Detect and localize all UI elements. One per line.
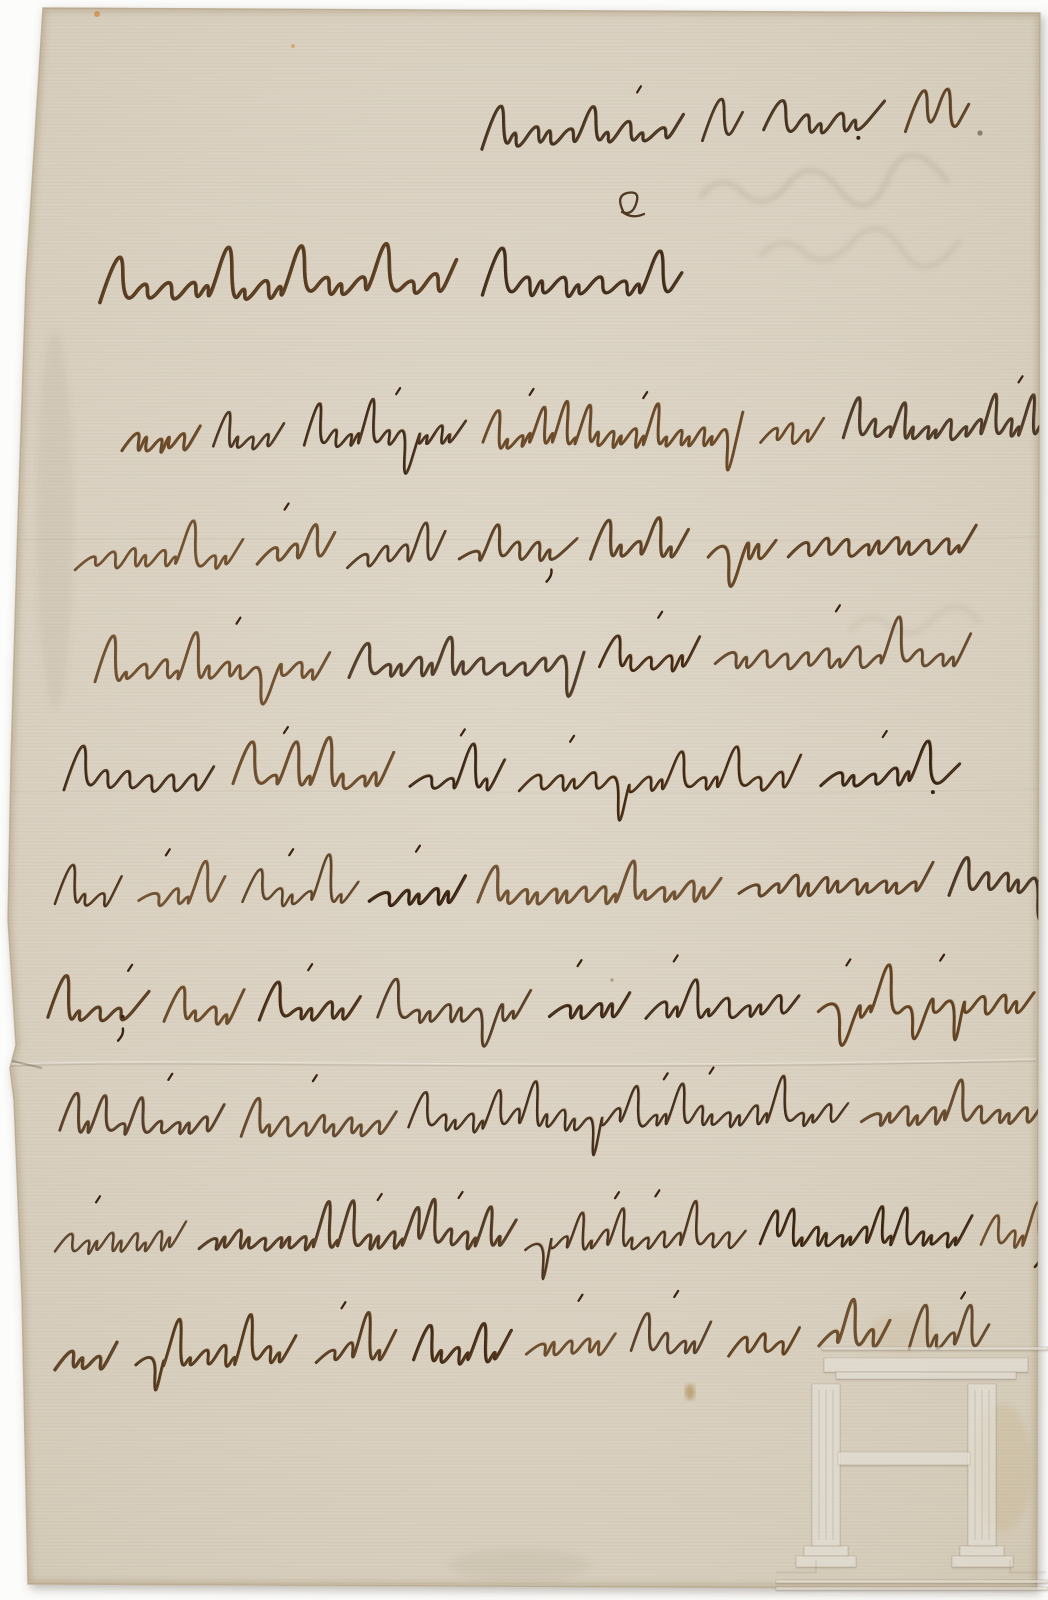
letter-artwork — [0, 0, 1048, 1600]
letter-photograph: Berlin 8 Nov. 64 Verehrtester Freund aus… — [0, 0, 1048, 1600]
